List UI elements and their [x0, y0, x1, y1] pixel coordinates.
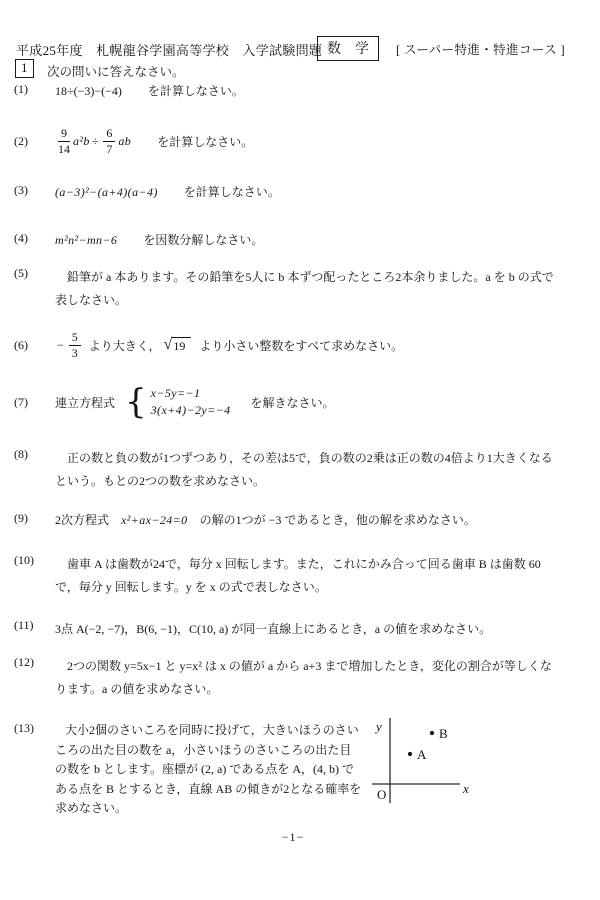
fraction-denominator: 3	[69, 346, 81, 360]
fraction-denominator: 14	[58, 142, 70, 156]
fraction: 5 3	[69, 331, 81, 361]
division-operator: ÷	[92, 134, 99, 149]
problem-label: (13)	[14, 721, 55, 736]
problem-expression: 18÷(−3)−(−4)	[55, 84, 122, 99]
problem-instruction: を計算しなさい。	[157, 133, 253, 150]
minus-sign: −	[57, 338, 64, 353]
problem-instruction: を計算しなさい。	[148, 82, 244, 99]
page-number: −1−	[0, 830, 586, 845]
problem-text: 大小2個のさいころを同時に投げて，大きいほうのさいころの出た目の数を a，小さい…	[55, 721, 363, 819]
point-b-dot	[430, 731, 434, 735]
problem-text: 歯車 A は歯数が24で，毎分 x 回転します。また，これにかみ合って回る歯車 …	[55, 553, 555, 599]
exam-page: 平成25年度 札幌龍谷学園高等学校 入学試験問題 数 学 [ スーパー特進・特進…	[0, 0, 600, 900]
problem-label: (10)	[14, 553, 55, 568]
origin-label: O	[377, 787, 386, 802]
problem-label: (8)	[14, 447, 55, 462]
problem-9: (9) 2次方程式 x²+ax−24=0 の解の1つが −3 であるとき，他の解…	[14, 511, 476, 528]
fraction-numerator: 9	[58, 127, 70, 142]
point-a-label: A	[417, 747, 427, 762]
section-instruction: 次の問いに答えなさい。	[47, 62, 185, 80]
problem-label: (6)	[14, 338, 55, 353]
page-title: 平成25年度 札幌龍谷学園高等学校 入学試験問題	[16, 40, 322, 59]
problem-7: (7) 連立方程式 { x−5y=−1 3(x+4)−2y=−4 を解きなさい。	[14, 384, 335, 420]
problem-label: (1)	[14, 82, 55, 97]
problem-instruction: の解の1つが −3 であるとき，他の解を求めなさい。	[200, 511, 476, 528]
fraction-numerator: 6	[103, 127, 115, 142]
subject-box: 数 学	[317, 36, 379, 61]
problem-text: 正の数と負の数が1つずつあり，その差は5で，負の数の2乗は正の数の4倍より1大き…	[55, 447, 555, 493]
math-term: ab	[118, 134, 131, 149]
y-axis-label: y	[374, 719, 382, 734]
problem-5: (5) 鉛筆が a 本あります。その鉛筆を5人に b 本ずつ配ったところ2本余り…	[14, 266, 555, 312]
problem-10: (10) 歯車 A は歯数が24で，毎分 x 回転します。また，これにかみ合って…	[14, 553, 555, 599]
problem-label: (12)	[14, 655, 55, 670]
problem-1: (1) 18÷(−3)−(−4) を計算しなさい。	[14, 82, 244, 99]
problem-text: より大きく，	[89, 337, 161, 354]
problem-label: (9)	[14, 511, 55, 526]
problem-3: (3) (a−3)²−(a+4)(a−4) を計算しなさい。	[14, 183, 280, 200]
problem-13: (13) 大小2個のさいころを同時に投げて，大きいほうのさいころの出た目の数を …	[14, 721, 363, 819]
problem-expression: m²n²−mn−6	[55, 233, 117, 248]
system-brace: {	[125, 384, 147, 420]
problem-11: (11) 3点 A(−2, −7)，B(6, −1)，C(10, a) が同一直…	[14, 618, 491, 641]
problem-6: (6) − 5 3 より大きく， √ 19 より小さい整数をすべて求めなさい。	[14, 331, 403, 361]
radicand: 19	[172, 337, 191, 354]
equation-1: x−5y=−1	[151, 385, 231, 403]
problem-prefix: 連立方程式	[55, 394, 115, 411]
problem-instruction: を因数分解しなさい。	[143, 231, 263, 248]
problem-expression: x²+ax−24=0	[121, 513, 188, 528]
fraction: 6 7	[103, 127, 115, 157]
coordinate-figure: y x O B A	[364, 706, 480, 810]
point-a-dot	[408, 752, 412, 756]
problem-label: (5)	[14, 266, 55, 281]
point-b-label: B	[439, 726, 448, 741]
problem-text: 2つの関数 y=5x−1 と y=x² は x の値が a から a+3 まで増…	[55, 655, 555, 701]
problem-text: 鉛筆が a 本あります。その鉛筆を5人に b 本ずつ配ったところ2本余りました。…	[55, 266, 555, 312]
problem-label: (2)	[14, 134, 55, 149]
problem-2: (2) 9 14 a²b ÷ 6 7 ab を計算しなさい。	[14, 127, 253, 157]
problem-label: (7)	[14, 395, 55, 410]
radical-sign: √	[164, 337, 173, 354]
problem-label: (4)	[14, 231, 55, 246]
problem-label: (11)	[14, 618, 55, 633]
equation-system: x−5y=−1 3(x+4)−2y=−4	[151, 385, 231, 420]
problem-8: (8) 正の数と負の数が1つずつあり，その差は5で，負の数の2乗は正の数の4倍よ…	[14, 447, 555, 493]
problem-12: (12) 2つの関数 y=5x−1 と y=x² は x の値が a から a+…	[14, 655, 555, 701]
problem-text: 3点 A(−2, −7)，B(6, −1)，C(10, a) が同一直線上にある…	[55, 618, 491, 641]
problem-instruction: を解きなさい。	[251, 394, 335, 411]
problem-instruction: より小さい整数をすべて求めなさい。	[199, 337, 403, 354]
fraction: 9 14	[58, 127, 70, 157]
square-root: √ 19	[164, 337, 192, 354]
problem-instruction: を計算しなさい。	[184, 183, 280, 200]
problem-4: (4) m²n²−mn−6 を因数分解しなさい。	[14, 231, 263, 248]
equation-2: 3(x+4)−2y=−4	[151, 402, 231, 420]
math-term: a²b	[73, 134, 90, 149]
section-number-box: 1	[15, 59, 34, 78]
x-axis-label: x	[462, 781, 469, 796]
fraction-numerator: 5	[69, 331, 81, 346]
problem-label: (3)	[14, 183, 55, 198]
fraction-denominator: 7	[103, 142, 115, 156]
problem-expression: (a−3)²−(a+4)(a−4)	[55, 185, 158, 200]
course-label: [ スーパー特進・特進コース ]	[396, 40, 565, 58]
problem-prefix: 2次方程式	[55, 511, 109, 528]
